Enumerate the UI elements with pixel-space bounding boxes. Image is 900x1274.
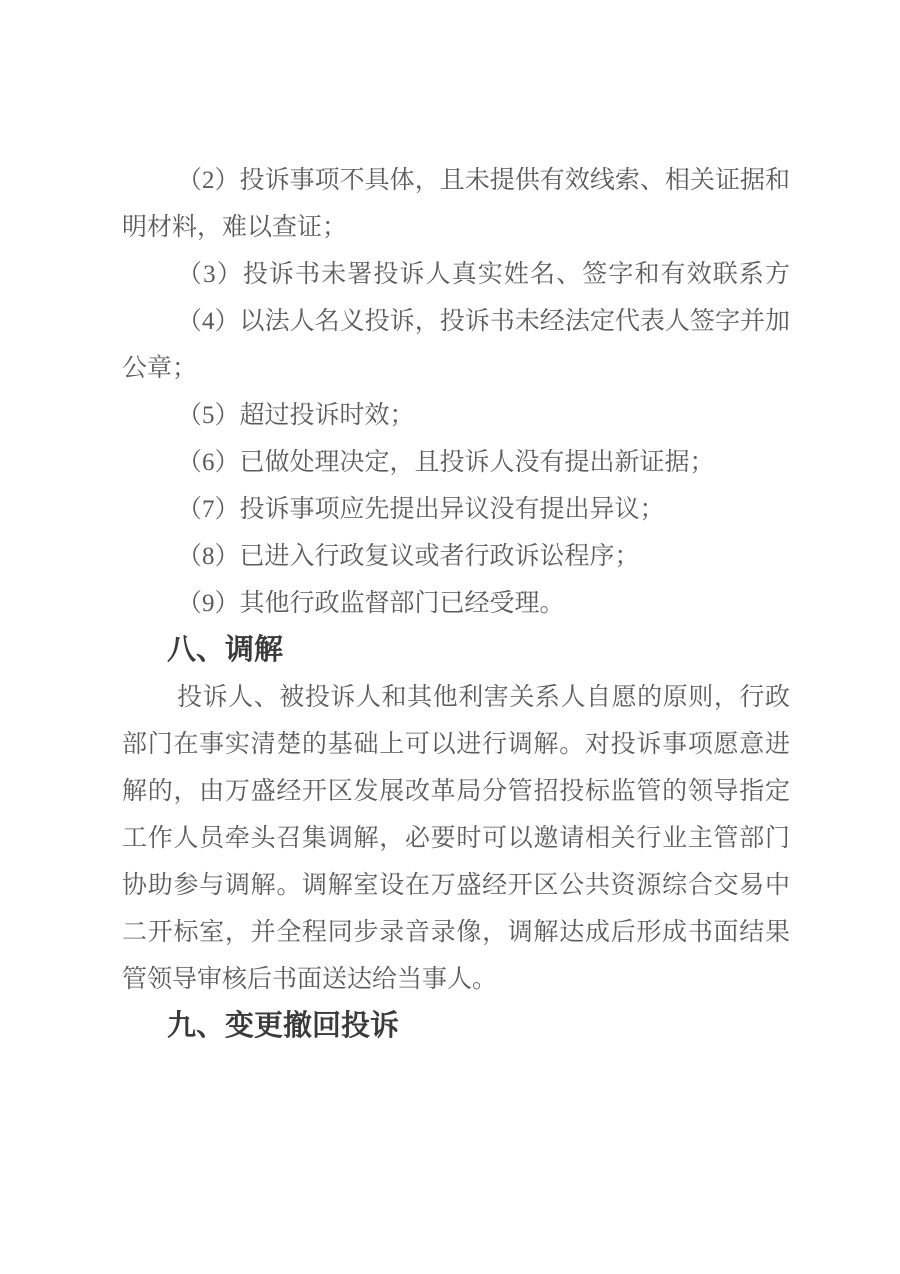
heading-section-8: 八、调解 xyxy=(122,627,790,674)
doc-line: （7）投诉事项应先提出异议没有提出异议； xyxy=(122,486,790,533)
doc-line: 二开标室，并全程同步录音录像，调解达成后形成书面结果报分 xyxy=(122,909,790,956)
doc-line: （4）以法人名义投诉，投诉书未经法定代表人签字并加盖 xyxy=(122,298,790,345)
document-text-block: （2）投诉事项不具体，且未提供有效线索、相关证据和证 明材料，难以查证； （3）… xyxy=(122,157,790,1050)
doc-line: （5）超过投诉时效； xyxy=(122,392,790,439)
doc-line: （9）其他行政监督部门已经受理。 xyxy=(122,580,790,627)
doc-line: 协助参与调解。调解室设在万盛经开区公共资源综合交易中心第 xyxy=(122,862,790,909)
doc-line: （8）已进入行政复议或者行政诉讼程序； xyxy=(122,533,790,580)
doc-line: 工作人员牵头召集调解，必要时可以邀请相关行业主管部门人员 xyxy=(122,815,790,862)
doc-line: 明材料，难以查证； xyxy=(122,204,790,251)
doc-line: 解的，由万盛经开区发展改革局分管招投标监管的领导指定 2 名 xyxy=(122,768,790,815)
document-page: （2）投诉事项不具体，且未提供有效线索、相关证据和证 明材料，难以查证； （3）… xyxy=(0,0,900,1274)
heading-section-9: 九、变更撤回投诉 xyxy=(122,1003,790,1050)
doc-line: 公章； xyxy=(122,345,790,392)
doc-line: （2）投诉事项不具体，且未提供有效线索、相关证据和证 xyxy=(122,157,790,204)
doc-line: 部门在事实清楚的基础上可以进行调解。对投诉事项愿意进行调 xyxy=(122,721,790,768)
doc-line: 投诉人、被投诉人和其他利害关系人自愿的原则，行政监督 xyxy=(122,674,790,721)
doc-line: 管领导审核后书面送达给当事人。 xyxy=(122,956,790,1003)
doc-line: （3）投诉书未署投诉人真实姓名、签字和有效联系方式； xyxy=(122,251,790,298)
doc-line: （6）已做处理决定，且投诉人没有提出新证据； xyxy=(122,439,790,486)
